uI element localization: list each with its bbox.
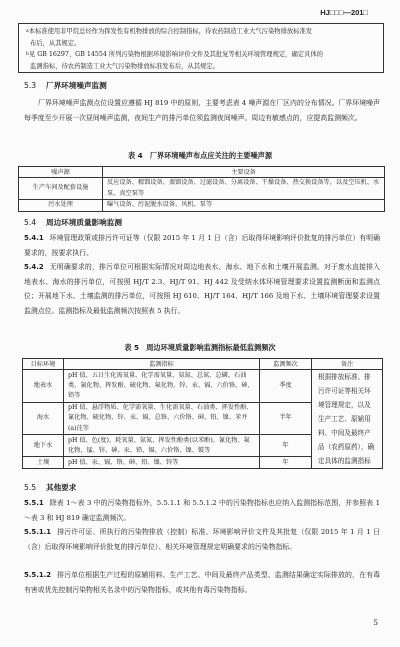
table-5-caption: 表 5 周边环境质量影响监测指标最低监测频次 [0, 343, 400, 353]
column-header: 目标环境 [23, 359, 64, 370]
table-row: 地表水 pH 值、五日生化需氧量、化学需氧量、氨氮、总氮、总磷、石油类、氰化物、… [23, 370, 383, 403]
column-header: 监测指标 [64, 359, 260, 370]
table-row: 生产车间及配套设施 反应设备、精馏设备、蒸馏设备、过滤设备、分离设备、干燥设备、… [19, 178, 385, 200]
table-cell: pH 值、色(度)、耗氧量、氨氮、挥发性酚类(以苯酚)、氰化物、氟化物、锰、锌、… [64, 435, 260, 457]
table-cell: 年 [260, 457, 312, 469]
table-4-caption: 表 4 厂界环境噪声布点应关注的主要噪声源 [0, 151, 400, 161]
column-header: 噪声源 [19, 167, 103, 178]
column-header: 主要设备 [103, 167, 385, 178]
table-cell: 地下水 [23, 435, 64, 457]
table-header-row: 目标环境 监测指标 监测频次 备注 [23, 359, 383, 370]
document-code: HJ□□□—201□ [320, 8, 368, 17]
table-cell: 反应设备、精馏设备、蒸馏设备、过滤设备、分离设备、干燥设备、热交换设备等，以及空… [103, 178, 385, 200]
footnote-box: a本标准使用非甲烷总烃作为挥发性有机物排放的综合控制指标，待农药制造工业大气污染… [18, 23, 384, 73]
table-4: 噪声源 主要设备 生产车间及配套设施 反应设备、精馏设备、蒸馏设备、过滤设备、分… [18, 166, 385, 212]
table-cell: 地表水 [23, 370, 64, 403]
table-row: 污水处理 曝气设备、污泥脱水设备、风机、泵等 [19, 200, 385, 212]
table-cell: pH 值、悬浮物质、化学需氧量、生化需氧量、石油类、挥发性酚、氰化物、硫化物、锌… [64, 402, 260, 435]
paragraph-5-4-2: 5.4.2无明确要求的，排污单位可根据实际情况对周边地表水、海水、地下水和土壤开… [24, 260, 380, 318]
table-cell: 污水处理 [19, 200, 103, 212]
table-cell: 曝气设备、污泥脱水设备、风机、泵等 [103, 200, 385, 212]
table-header-row: 噪声源 主要设备 [19, 167, 385, 178]
footnote-a-cont: 布后，从其规定。 [26, 38, 379, 50]
section-heading-5-4: 5.4周边环境质量影响监测 [24, 217, 122, 228]
footnote-b-cont: 监测指标，待农药制造工业大气污染物排放标准发布后，从其规定。 [26, 61, 379, 73]
table-cell: pH 值、五日生化需氧量、化学需氧量、氨氮、总氮、总磷、石油类、氰化物、挥发酚、… [64, 370, 260, 403]
page-number: 5 [373, 618, 378, 627]
paragraph-5-3: 厂界环境噪声监测点位设置应遵循 HJ 819 中的原则，主要考虑表 4 噪声源在… [24, 96, 380, 125]
table-cell: 季度 [260, 370, 312, 403]
section-heading-5-5: 5.5其他要求 [24, 482, 76, 493]
table-cell: 土壤 [23, 457, 64, 469]
table-cell: 生产车间及配套设施 [19, 178, 103, 200]
table-cell: pH 值、汞、镉、铬、砷、铅、镍、锌等 [64, 457, 260, 469]
column-header: 备注 [312, 359, 383, 370]
table-5: 目标环境 监测指标 监测频次 备注 地表水 pH 值、五日生化需氧量、化学需氧量… [22, 358, 383, 469]
section-heading-5-3: 5.3厂界环境噪声监测 [24, 80, 107, 91]
table-cell: 半年 [260, 402, 312, 435]
footnote-a: a本标准使用非甲烷总烃作为挥发性有机物排放的综合控制指标，待农药制造工业大气污染… [26, 26, 379, 38]
paragraph-5-5-1-2: 5.5.1.2排污单位根据生产过程的原辅用料、生产工艺、中间及最终产品类型、监测… [24, 568, 380, 597]
column-header: 监测频次 [260, 359, 312, 370]
paragraph-5-5-1: 5.5.1除表 1～表 3 中的污染物指标外，5.5.1.1 和 5.5.1.2… [24, 496, 380, 525]
table-cell: 海水 [23, 402, 64, 435]
paragraph-5-5-1-1: 5.5.1.1排污许可证、所执行的污染物排放（控制）标准、环境影响评价文件及其批… [24, 525, 380, 554]
footnote-b: b见 GB 16297、GB 14554 所列污染物根据环境影响评价文件及其批复… [26, 49, 379, 61]
paragraph-5-4-1: 5.4.1环境管理政策或排污许可证等（仅限 2015 年 1 月 1 日（含）后… [24, 231, 380, 260]
remark-cell: 根据排放标准、排污许可证等相关环境管理规定，以及生产工艺、原辅用料、中间及最终产… [312, 370, 383, 469]
table-cell: 年 [260, 435, 312, 457]
